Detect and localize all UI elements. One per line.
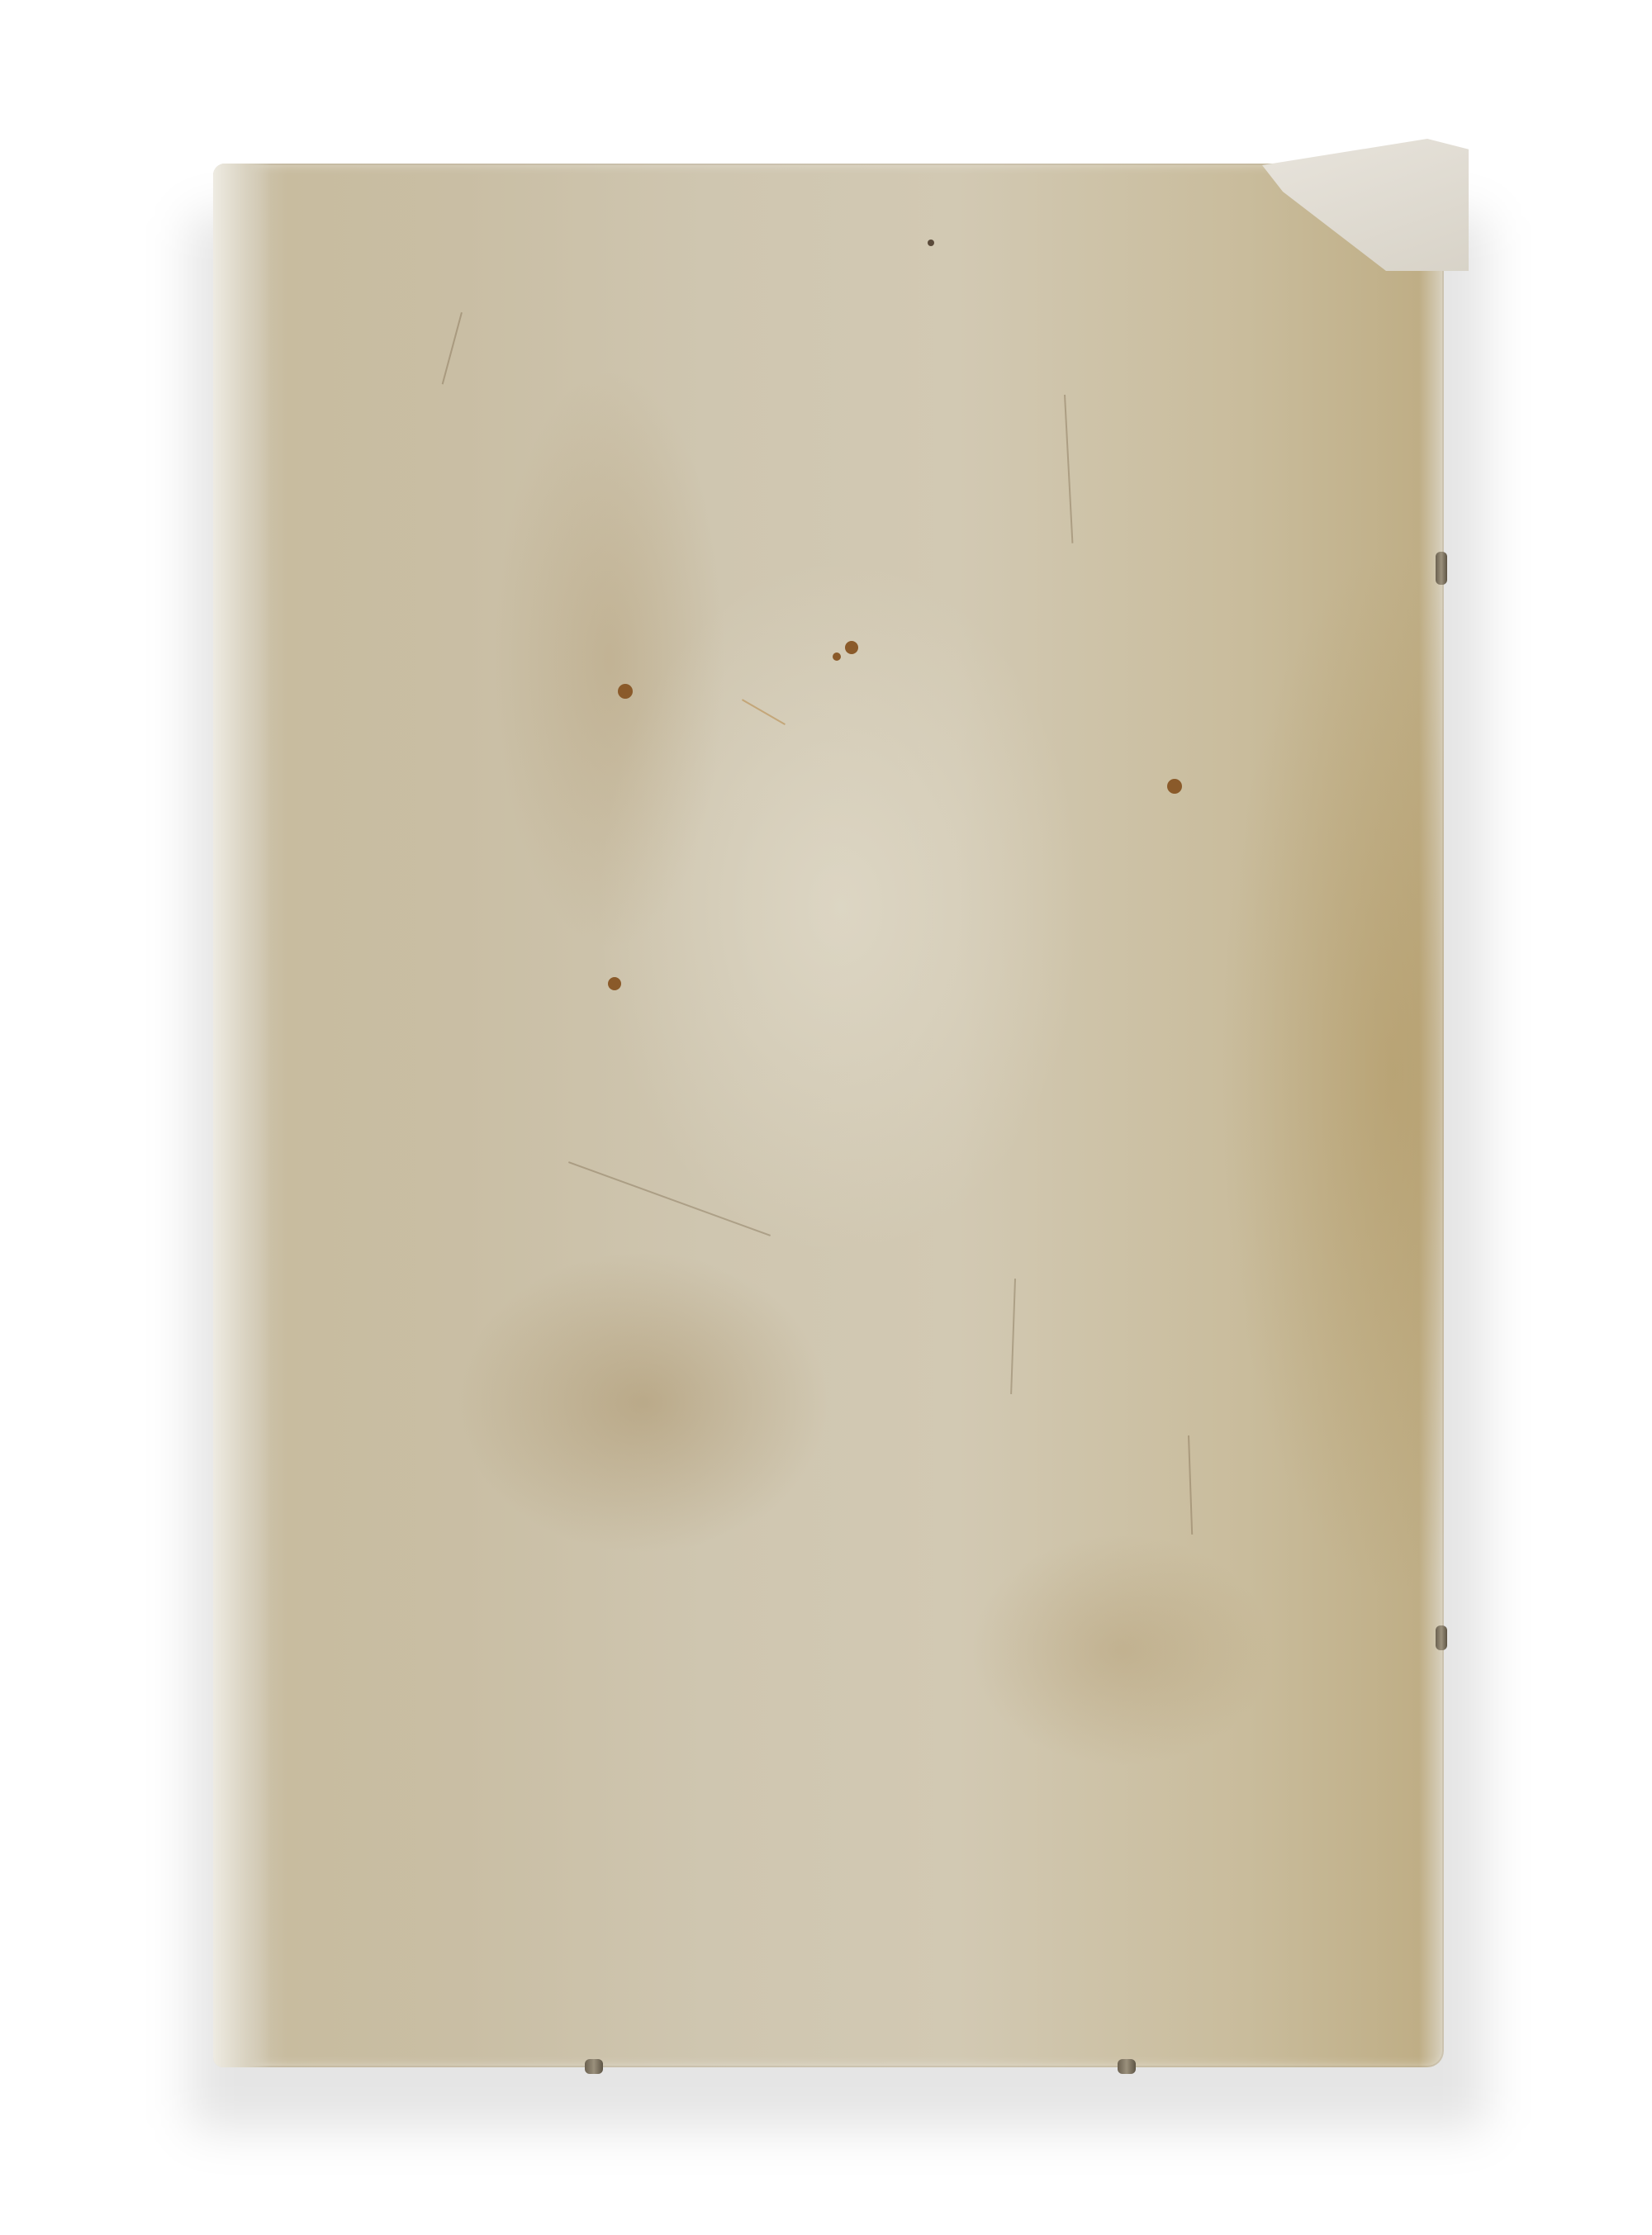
torn-corner-flap	[1262, 139, 1469, 271]
stain-spot	[618, 684, 633, 699]
scratch	[1010, 1279, 1016, 1394]
stain-spot	[928, 240, 934, 246]
stain-spot	[833, 652, 841, 661]
stain-spot	[608, 977, 621, 990]
stain-spot	[845, 641, 858, 654]
bottom-edge-tie	[585, 2059, 603, 2074]
scratch	[1188, 1435, 1193, 1535]
scratch	[568, 1161, 771, 1236]
vellum-book-cover	[213, 164, 1444, 2067]
scratch	[442, 312, 463, 384]
fore-edge-tie	[1436, 1625, 1447, 1650]
spine-edge	[213, 164, 271, 2067]
photo-scene	[0, 0, 1652, 2235]
stain-spot	[1167, 779, 1182, 794]
scratch	[1064, 395, 1073, 543]
bottom-edge-tie	[1118, 2059, 1136, 2074]
fore-edge-tie	[1436, 552, 1447, 585]
scratch	[742, 699, 786, 725]
